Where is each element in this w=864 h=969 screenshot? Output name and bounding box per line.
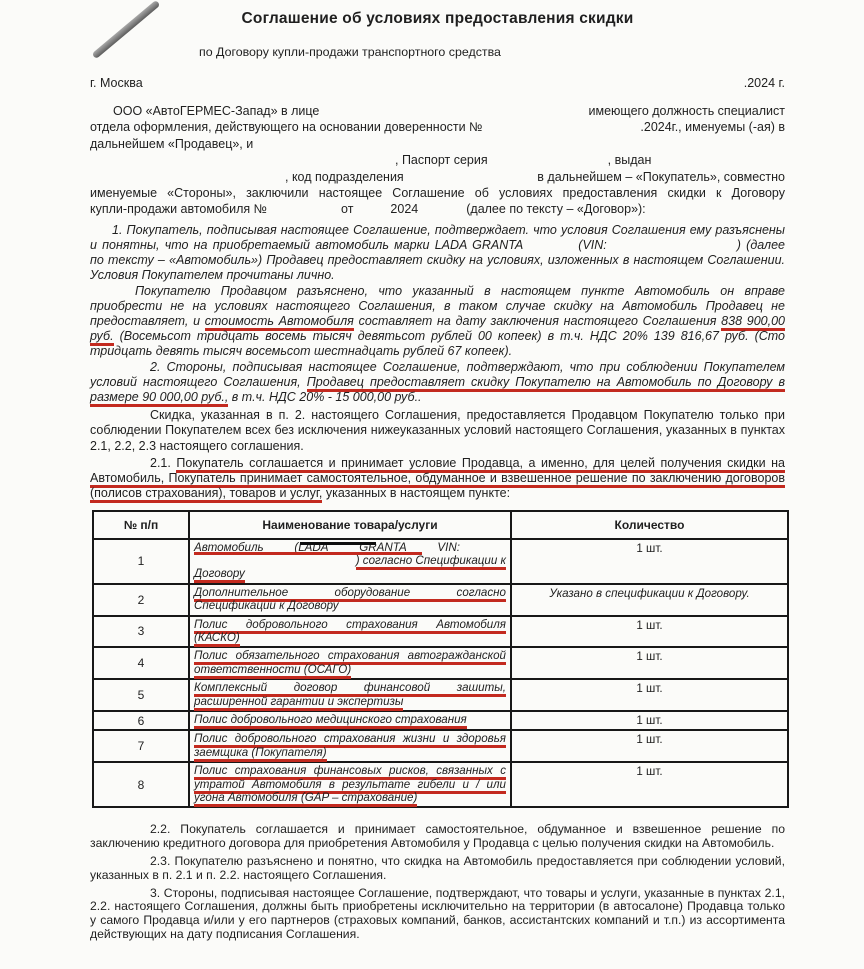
row-number: 6 <box>93 711 189 730</box>
red-underlined-text: ) согласно Спецификации к <box>356 554 506 570</box>
city-label: г. Москва <box>90 76 143 90</box>
passport-blank <box>488 152 608 168</box>
item-quantity: 1 шт. <box>511 730 788 762</box>
seller-named: дальнейшем «Продавец», и <box>90 136 253 152</box>
red-underline-mark <box>194 552 422 555</box>
attorney-text: отдела оформления, действующего на основ… <box>90 119 483 135</box>
scanned-agreement-page: Соглашение об условиях предоставления ск… <box>0 0 864 969</box>
table-row: 3Полис добровольного страхования Автомоб… <box>93 616 788 648</box>
item-quantity: 1 шт. <box>511 647 788 679</box>
item-name: Полис добровольного медицинского страхов… <box>189 711 511 730</box>
preamble-line-7: купли-продажи автомобиля № от 2024 (дале… <box>90 201 785 217</box>
item-quantity: Указано в спецификации к Договору. <box>511 584 788 616</box>
clause-1-note: Покупателю Продавцом разъяснено, что ука… <box>90 284 785 360</box>
preamble-line-3: дальнейшем «Продавец», и <box>90 136 785 152</box>
clause-3: 3. Стороны, подписывая настоящее Соглаше… <box>90 887 785 942</box>
table-row: 8Полис страхования финансовых рисков, св… <box>93 762 788 807</box>
buyer-named: в дальнейшем – «Покупатель», совместно <box>537 169 785 185</box>
preamble: ООО «АвтоГЕРМЕС-Запад» в лице имеющего д… <box>90 103 785 218</box>
clause-2-3: 2.3. Покупателю разъяснено и понятно, чт… <box>90 855 785 883</box>
contract-year: 2024 <box>390 201 418 217</box>
clause-text: 2.1. <box>150 456 176 470</box>
item-name: Полис обязательного страхования автограж… <box>189 647 511 679</box>
document-subtitle: по Договору купли-продажи транспортного … <box>199 45 785 59</box>
table-row: 2Дополнительное оборудование согласноСпе… <box>93 584 788 616</box>
item-name-line: Комплексный договор финансовой зашиты, <box>194 681 506 694</box>
item-name-line: утратой Автомобиля в результате гибели и… <box>194 778 506 791</box>
red-underlined-text: ответственности (ОСАГО) <box>194 663 351 679</box>
table-row: 5Комплексный договор финансовой зашиты,р… <box>93 679 788 711</box>
red-underlined-text: угона Автомобиля (GAP – страхование) <box>194 791 417 807</box>
contract-from-label: от <box>341 201 353 217</box>
item-quantity: 1 шт. <box>511 711 788 730</box>
item-name-line: Полис добровольного медицинского страхов… <box>194 713 506 726</box>
clause-2-2: 2.2. Покупатель соглашается и принимает … <box>90 823 785 851</box>
table-row: 7Полис добровольного страхования жизни и… <box>93 730 788 762</box>
goods-table-header: № п/пНаименование товара/услугиКоличеств… <box>93 511 788 539</box>
column-header-0: № п/п <box>93 511 189 539</box>
seller-name: ООО «АвтоГЕРМЕС-Запад» в лице <box>113 103 319 119</box>
passport-series-label: , Паспорт серия <box>395 152 488 168</box>
attorney-date: .2024г., именуемы (-ая) в <box>640 119 785 135</box>
preamble-line-6: именуемые «Стороны», заключили настоящее… <box>90 185 785 201</box>
item-name-line: Полис страхования финансовых рисков, свя… <box>194 764 506 777</box>
preamble-line-5: , код подразделения в дальнейшем – «Поку… <box>90 169 785 185</box>
contract-date-blank <box>353 201 390 217</box>
clause-2: 2. Стороны, подписывая настоящее Соглаше… <box>90 360 785 406</box>
passport-issued-label: , выдан <box>608 152 652 168</box>
red-underlined-text: (КАСКО) <box>194 631 240 647</box>
clause-discount-conditions: Скидка, указанная в п. 2. настоящего Сог… <box>90 408 785 454</box>
row-number: 4 <box>93 647 189 679</box>
clause-2-1: 2.1. Покупатель соглашается и принимает … <box>90 456 785 502</box>
item-quantity: 1 шт. <box>511 539 788 584</box>
row-number: 8 <box>93 762 189 807</box>
row-number: 3 <box>93 616 189 648</box>
item-name: Полис страхования финансовых рисков, свя… <box>189 762 511 807</box>
item-name-line: Полис обязательного страхования автограж… <box>194 649 506 662</box>
document-title: Соглашение об условиях предоставления ск… <box>90 10 785 28</box>
contract-number-label: купли-продажи автомобиля № <box>90 201 267 217</box>
clause-text: 1. Покупатель, подписывая настоящее Согл… <box>90 223 785 252</box>
item-quantity: 1 шт. <box>511 679 788 711</box>
vin-label: VIN: <box>437 541 460 554</box>
column-header-2: Количество <box>511 511 788 539</box>
row-number: 7 <box>93 730 189 762</box>
table-row: 4Полис обязательного страхования автогра… <box>93 647 788 679</box>
row-number: 1 <box>93 539 189 584</box>
red-underlined-text: Договору <box>194 567 245 583</box>
item-name: Автомобиль(LADAGRANTAVIN:) согласно Спец… <box>189 539 511 584</box>
item-name-line: ) согласно Спецификации к <box>194 554 506 567</box>
row-number: 2 <box>93 584 189 616</box>
clause-1: 1. Покупатель, подписывая настоящее Согл… <box>90 223 785 284</box>
seller-position: имеющего должность специалист <box>589 103 785 119</box>
item-name: Полис добровольного страхования Автомоби… <box>189 616 511 648</box>
clause-text: Скидка, указанная в п. 2. настоящего Сог… <box>90 408 785 452</box>
red-underlined-text: заемщика (Покупателя) <box>194 746 327 762</box>
preamble-line-2: отдела оформления, действующего на основ… <box>90 119 785 135</box>
document-content: Соглашение об условиях предоставления ск… <box>90 0 785 942</box>
city-date-line: г. Москва .2024 г. <box>90 76 785 90</box>
goods-table-body: 1Автомобиль(LADAGRANTAVIN:) согласно Спе… <box>93 539 788 808</box>
item-name-line: Полис добровольного страхования жизни и … <box>194 732 506 745</box>
clause-text: (Восемьсот тридцать восемь тысяч девятьс… <box>90 329 785 358</box>
redaction-mark <box>300 542 376 545</box>
column-header-1: Наименование товара/услуги <box>189 511 511 539</box>
row-number: 5 <box>93 679 189 711</box>
unit-code-label: , код подразделения <box>285 169 404 185</box>
red-underlined-text: Полис добровольного медицинского страхов… <box>194 713 467 729</box>
item-name: Комплексный договор финансовой зашиты,ра… <box>189 679 511 711</box>
item-quantity: 1 шт. <box>511 616 788 648</box>
item-name: Полис добровольного страхования жизни и … <box>189 730 511 762</box>
contract-alias: (далее по тексту – «Договор»): <box>466 201 645 217</box>
goods-table: № п/пНаименование товара/услугиКоличеств… <box>92 510 789 809</box>
preamble-line-4: , Паспорт серия , выдан <box>90 152 785 168</box>
item-name: Дополнительное оборудование согласноСпец… <box>189 584 511 616</box>
clause-text: указанных в настоящем пункте: <box>322 486 510 500</box>
contract-number-blank <box>267 201 341 217</box>
red-underlined-text: расширенной гарантии и экспертизы <box>194 695 403 711</box>
clause-text: (VIN: <box>578 238 606 252</box>
clause-text: в т.ч. НДС 20% - 15 000,00 руб.. <box>228 390 421 404</box>
date-label: .2024 г. <box>744 76 785 90</box>
item-name-line: Дополнительное оборудование согласно <box>194 586 506 599</box>
table-row: 6Полис добровольного медицинского страхо… <box>93 711 788 730</box>
preamble-line-1: ООО «АвтоГЕРМЕС-Запад» в лице имеющего д… <box>90 103 785 119</box>
item-name-line: Полис добровольного страхования Автомоби… <box>194 618 506 631</box>
item-quantity: 1 шт. <box>511 762 788 807</box>
table-row: 1Автомобиль(LADAGRANTAVIN:) согласно Спе… <box>93 539 788 584</box>
clause-text: составляет на дату заключения настоящего… <box>354 314 721 328</box>
red-underlined-text: Полис добровольного страхования Автомоби… <box>194 618 506 634</box>
